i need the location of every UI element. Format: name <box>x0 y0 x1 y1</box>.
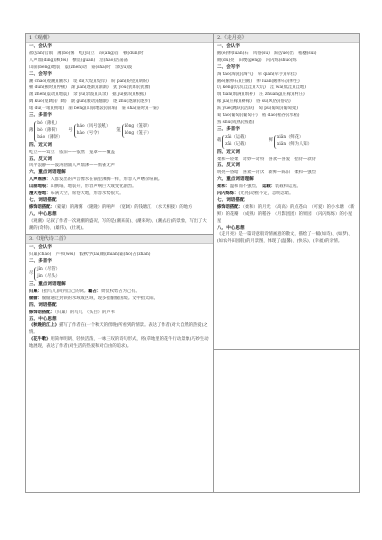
lesson1-title: 1《观潮》 <box>26 34 213 43</box>
lesson2-s2-line: 稼 jià(庄稼)(耕稼) 俗 sú(风俗)(俗话) <box>217 99 356 106</box>
lesson1-s2-line: 阔 kuò(宽阔)(广阔) 滚 gǔn(滚动)(翻滚) 逐 zhú(逐渐)(逐步… <box>29 99 210 106</box>
lesson2-s2-line: 坑 kēng(坑坑洼洼)(大坑) 洼 wā(低洼)(洼地) <box>217 85 356 92</box>
polyphone-reading: bó（薄礼） <box>37 121 62 128</box>
lesson2-s1-heading: 一、会认字 <box>217 44 356 51</box>
term-label: 闪闪烁烁： <box>217 191 238 196</box>
collocation-text: （蒙蒙）的薄雾 （隆隆）的响声 （宽阔）的钱塘江 （水天相接）的地方 <box>55 205 193 210</box>
polyphone-reading: zǎi（运载） <box>225 135 248 142</box>
polyphone-char: 薄 <box>29 128 33 135</box>
polyphone-reading: lóng（笼子） <box>125 131 152 138</box>
lesson3-collocations: 修饰语搭配：（归巢）的鸟儿 （头白）的芦苇 <box>29 310 210 317</box>
lesson1-s4-heading: 四、近义词 <box>29 143 210 150</box>
lesson1-term-item: 漫天卷地：布满天空，席卷大地，形容水势很大。 <box>29 191 210 198</box>
lesson2-s4-heading: 四、近义词 <box>217 150 356 157</box>
lesson1-term-item: 人声鼎沸：人群发出的声音像水在锅里沸腾一样，形容人声嘈杂喧闹。 <box>29 177 210 184</box>
lesson3-term-item: 偷偷：偷偷通过封锁的水域或区域，现多指偷偷国境。文中指太阳。 <box>29 296 210 303</box>
term-label: 修饰语搭配： <box>29 310 55 315</box>
polyphone-readings: xiān（鲜花） xiǎn（鲜为人知） <box>274 135 312 149</box>
polyphone-char: 号 <box>68 128 72 135</box>
lesson2-polyphone-group: 载 zǎi（运载） zǎi（记载） 鲜 xiān（鲜花） xiǎn（鲜为人知） <box>217 135 356 149</box>
lesson1-s3-heading: 三、多音字 <box>29 113 210 120</box>
term-definition: (指鸟儿)回到自己的窝。 <box>42 289 88 294</box>
main-idea-text: 用简单明朗、轻快活泼、一咏三叹的诗句形式，将(草地里的花牛行动景象)巧妙生动地展… <box>29 337 209 349</box>
term-definition: 倚仗权势占为己有。 <box>101 289 140 294</box>
term-definition: 山倒塌，地裂开，形容声响巨大或变化剧烈。 <box>50 184 136 189</box>
lesson1-s2-line: 堵 dǔ(一堵)(拥堵) 崩 bēng(山崩地裂)(崩塌) 霎 shà(霎时)(… <box>29 106 210 113</box>
lesson2-collocations: 修饰语搭配：（柔和）的月光 （高高）的点苍山 （可爱）的小水塘 （新鲜）的花瓣 … <box>217 205 356 226</box>
lesson2-s5-heading: 五、反义词 <box>217 163 356 170</box>
polyphone-char: 鲜 <box>269 138 273 145</box>
term-definition: 布满天空，席卷大地，形容水势很大。 <box>50 191 123 196</box>
lesson1-polyphone-group: 薄 bó（薄礼） bò（薄荷） báo（薄饼） 号 háo（风号浪吼） hào（… <box>29 121 210 142</box>
polyphone-readings: háo（风号浪吼） hào（号令） <box>74 124 111 138</box>
polyphone-reading: jìn（尽头） <box>37 274 60 281</box>
polyphone-reading: hào（号令） <box>77 131 111 138</box>
lesson2-body: 一、会认字 鹅(é)卵(luǎn)石 风俗(sú) 跃(yuè)出 稻穗(suì… <box>214 43 359 248</box>
polyphone-item: 尽 jǐn（尽管） jìn（尽头） <box>29 267 60 281</box>
polyphone-readings: jǐn（尽管） jìn（尽头） <box>34 267 60 281</box>
lesson3-term-item: 归巢：(指鸟儿)回到自己的窝。霸占：倚仗权势占为己有。 <box>29 289 210 296</box>
lesson2-term-item: 闪闪烁烁：(光亮)动摇不定，忽明忽暗。 <box>217 191 356 198</box>
lesson1-main-idea: 《观潮》记叙了作者一次观潮的盛况，写的是(潮来前)、(潮来时)、(潮去后)的景象… <box>29 219 210 233</box>
left-column: 1《观潮》 一、会认字 盐(yán)官镇 薄(bó)雾 屹(yì)立 昂(áng… <box>26 34 214 492</box>
term-label: 霸占： <box>88 289 101 294</box>
polyphone-reading: báo（薄饼） <box>37 135 62 142</box>
lesson1-s1-line: 人声鼎(dǐng)沸(fèi) 横贯(guàn) 浩(hào)浩荡荡 <box>29 58 210 65</box>
lesson2-s2-line: 淘 táo(淘洗)(淘气) 牵 qiān(牵手)(牵挂) <box>217 72 356 79</box>
lesson3-main-idea: 《秋晚的江上》描写了作者在(一个秋天的傍晚)所看到的情景。表达了作者(对大自然的… <box>29 323 210 337</box>
lesson1-s1-line: 山崩(bēng)地裂 震(zhèn)动 霎(shà)时 余(yú)波 <box>29 65 210 72</box>
lesson3-main-idea: 《花牛歌》用简单明朗、轻快活泼、一咏三叹的诗句形式，将(草地里的花牛行动景象)巧… <box>29 337 210 351</box>
lesson2-main-idea: 《走月亮》是一篇诗意般诗情画意的散文，描绘了一幅(如诗)、(如梦)、(如农外田园… <box>217 232 356 246</box>
polyphone-reading: xiǎn（鲜为人知） <box>277 142 312 149</box>
poem-title: 《秋晚的江上》 <box>29 323 59 328</box>
lesson3-s1-line: 归巢(cháo) 芦苇(wěi) 假秋学(lai)眠(mián)霜(hò)占(z… <box>29 252 210 259</box>
term-label: 运载： <box>262 184 275 189</box>
polyphone-char: 载 <box>217 138 221 145</box>
right-column: 2.《走月亮》 一、会认字 鹅(é)卵(luǎn)石 风俗(sú) 跃(yuè)… <box>214 34 359 492</box>
lesson1-s5-heading: 五、反义词 <box>29 157 210 164</box>
polyphone-char: 笼 <box>116 128 120 135</box>
lesson2-s2-line: 萄 táo(葡萄)(葡萄干) 稻 dào(稻谷)(水稻) <box>217 113 356 120</box>
term-label: 山崩地裂： <box>29 184 50 189</box>
lesson1-s2-line: 滚 zhèn(震动)(地震) 余 yú(余波)(其余) 据 jù(据说)(根据) <box>29 92 210 99</box>
lesson1-s1-line: 盐(yán)官镇 薄(bó)雾 屹(yì)立 昂(áng)首 顿(dùn)时 <box>29 51 210 58</box>
lesson2-s1-line: 镀(dù)亮 田埂(gěng) 闪闪烁(shuò)烁 <box>217 58 356 65</box>
polyphone-item: 鲜 xiān（鲜花） xiǎn（鲜为人知） <box>269 135 312 149</box>
polyphone-readings: lǒng（笼罩） lóng（笼子） <box>122 124 152 138</box>
lesson3-body: 一、会认字 归巢(cháo) 芦苇(wěi) 假秋学(lai)眠(mián)霜(… <box>26 244 213 353</box>
term-label: 漫天卷地： <box>29 191 50 196</box>
lesson2-title: 2.《走月亮》 <box>214 34 359 43</box>
polyphone-item: 号 háo（风号浪吼） hào（号令） <box>68 124 110 138</box>
term-label: 柔和： <box>217 184 230 189</box>
lesson2-s2-line: 鹅é(鹅卵石)(白鹅) 卵 luǎn(鹅卵石)(卵生) <box>217 79 356 86</box>
lesson3-s1-heading: 一、会认字 <box>29 245 210 252</box>
polyphone-readings: bó（薄礼） bò（薄荷） báo（薄饼） <box>34 121 62 142</box>
lesson2-s1-line: 鹅(é)卵(luǎn)石 风俗(sú) 跃(yuè)出 稻穗(suì) <box>217 51 356 58</box>
lesson2-s2-heading: 二、会写字 <box>217 65 356 72</box>
lesson1-body: 一、会认字 盐(yán)官镇 薄(bó)雾 屹(yì)立 昂(áng)首 顿(d… <box>26 43 213 234</box>
lesson2-s2-line: 熟 shú(成熟)(熟悉) <box>217 120 356 127</box>
lesson1-s8-heading: 八、中心思想 <box>29 212 210 219</box>
lesson1-s7-heading: 七、词语搭配 <box>29 198 210 205</box>
lesson2-s6-heading: 六、重点词语理解 <box>217 177 356 184</box>
lesson1-s2-heading: 二、会写字 <box>29 72 210 79</box>
term-label: 归巢： <box>29 289 42 294</box>
poem-title: 《花牛歌》 <box>29 337 50 342</box>
term-definition: (光亮)动摇不定，忽明忽暗。 <box>238 191 293 196</box>
lesson1-s2-line: 潮 cháo(观潮)(潮水) 堤 dī(大堤)(堤岸) 盼 pàn(盼望)(期盼… <box>29 79 210 86</box>
collocation-text: （归巢）的鸟儿 （头白）的芦苇 <box>55 310 115 315</box>
lesson2-term-item: 柔和：温和而不强烈。 运载：装载和运送。 <box>217 184 356 191</box>
lesson1-s6-heading: 六、重点词语理解 <box>29 170 210 177</box>
lesson3-s4-heading: 四、词语搭配 <box>29 303 210 310</box>
lesson2-s2-line: 填 tián(填满)(填补) 庄 zhuāng(庄稼)(村庄) <box>217 92 356 99</box>
lesson2-s3-heading: 三、多音字 <box>217 127 356 134</box>
polyphone-reading: xiān（鲜花） <box>277 135 312 142</box>
term-label: 修饰语搭配： <box>29 205 55 210</box>
term-definition: 偷偷通过封锁的水域或区域，现多指偷偷国境。文中指太阳。 <box>42 296 158 301</box>
lesson1-s1-heading: 一、会认字 <box>29 44 210 51</box>
lesson1-s2-line: 顿 dùn(顿时)(停顿) 渐 jiàn(逐渐)(渐渐) 犹 yóu(犹如)(犹… <box>29 85 210 92</box>
lesson3-title: 3.《现代诗二首》 <box>26 234 213 244</box>
document-page: 1《观潮》 一、会认字 盐(yán)官镇 薄(bó)雾 屹(yì)立 昂(áng… <box>25 33 360 493</box>
polyphone-item: 笼 lǒng（笼罩） lóng（笼子） <box>116 124 151 138</box>
lesson1-term-item: 山崩地裂：山倒塌，地裂开，形容声响巨大或变化剧烈。 <box>29 184 210 191</box>
polyphone-char: 尽 <box>29 271 33 278</box>
term-label: 修饰语搭配： <box>217 205 243 210</box>
lesson3-s3-heading: 三、重点词语理解 <box>29 282 210 289</box>
term-label: 偷偷： <box>29 296 42 301</box>
term-label: 人声鼎沸： <box>29 177 50 182</box>
polyphone-reading: bò（薄荷） <box>37 128 62 135</box>
section-divider <box>214 349 359 350</box>
term-definition: 人群发出的声音像水在锅里沸腾一样，形容人声嘈杂喧闹。 <box>50 177 162 182</box>
lesson2-s7-heading: 七、词语搭配 <box>217 198 356 205</box>
term-definition: 装载和运送。 <box>275 184 301 189</box>
lesson1-synonyms: 屹立——耸立 依旧——依然 笼罩——覆盖 <box>29 150 210 157</box>
term-definition: 温和而不强烈。 <box>230 184 258 189</box>
polyphone-reading: zǎi（记载） <box>225 142 248 149</box>
lesson2-s2-line: 跃 yuè(跳跃)(活跃) 萄 pú(葡萄)(葡萄架) <box>217 106 356 113</box>
polyphone-item: 薄 bó（薄礼） bò（薄荷） báo（薄饼） <box>29 121 62 142</box>
lesson3-polyphone-group: 尽 jǐn（尽管） jìn（尽头） <box>29 267 210 281</box>
lesson1-collocations: 修饰语搭配：（蒙蒙）的薄雾 （隆隆）的响声 （宽阔）的钱塘江 （水天相接）的地方 <box>29 205 210 212</box>
polyphone-item: 载 zǎi（运载） zǎi（记载） <box>217 135 249 149</box>
lesson3-s2-heading: 二、多音字 <box>29 259 210 266</box>
polyphone-readings: zǎi（运载） zǎi（记载） <box>222 135 248 149</box>
